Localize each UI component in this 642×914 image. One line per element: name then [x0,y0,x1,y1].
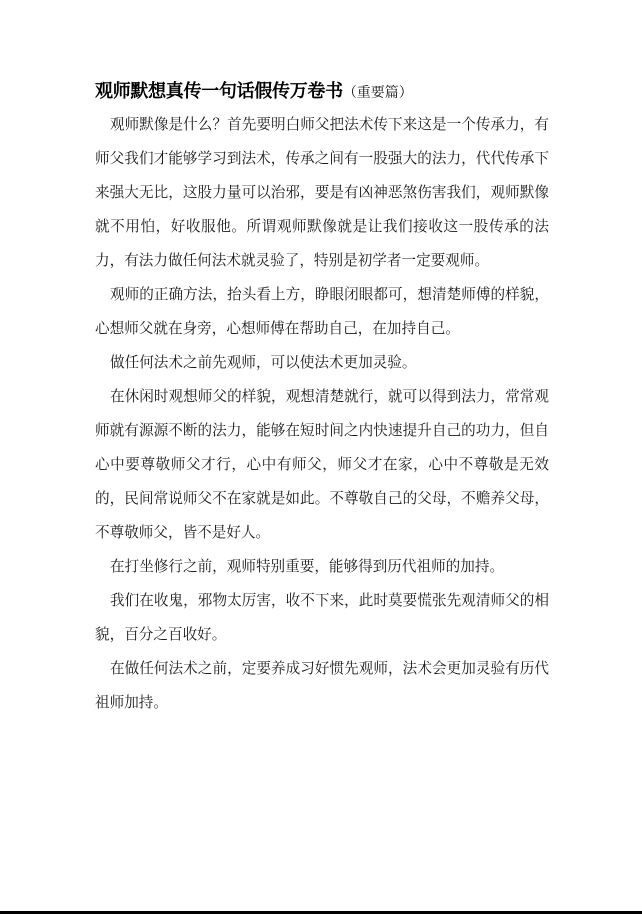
document-page: 观师默想真传一句话假传万卷书（重要篇） 观师默像是什么？首先要明白师父把法术传下… [95,78,549,720]
paragraph-before-meditation: 在打坐修行之前，观师特别重要，能够得到历代祖师的加持。 [95,550,549,584]
paragraph-before-any-spell: 做任何法术之前先观师，可以使法术更加灵验。 [95,346,549,380]
document-title: 观师默想真传一句话假传万卷书（重要篇） [95,78,549,106]
title-text: 观师默想真传一句话假传万卷书 [95,81,343,102]
paragraph-exorcism: 我们在收鬼，邪物太厉害，收不下来，此时莫要慌张先观清师父的相貌，百分之百收好。 [95,584,549,652]
paragraph-correct-method: 观师的正确方法，抬头看上方，睁眼闭眼都可，想清楚师傅的样貌，心想师父就在身旁，心… [95,278,549,346]
paragraph-leisure-visualization: 在休闲时观想师父的样貌，观想清楚就行，就可以得到法力，常常观师就有源源不断的法力… [95,380,549,550]
paragraph-what-is-guanshi: 观师默像是什么？首先要明白师父把法术传下来这是一个传承力，有师父我们才能够学习到… [95,108,549,278]
title-subtitle: （重要篇） [343,85,413,101]
paragraph-habit: 在做任何法术之前，定要养成习好惯先观师，法术会更加灵验有历代祖师加持。 [95,652,549,720]
